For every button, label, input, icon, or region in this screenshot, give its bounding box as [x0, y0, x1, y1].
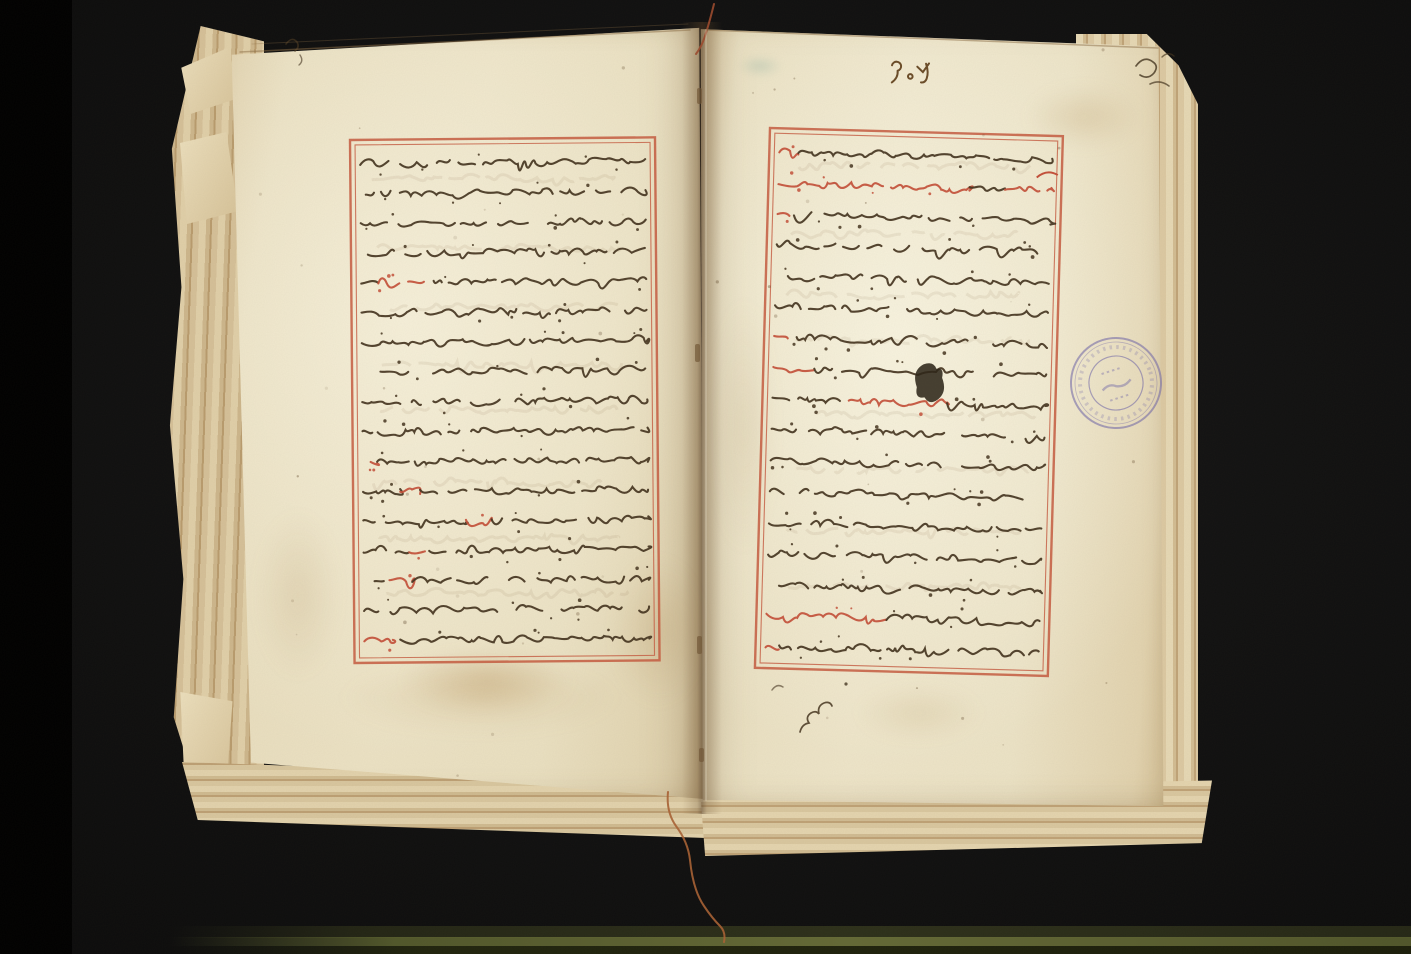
foxing-stain — [1026, 86, 1142, 148]
foxing-stain — [856, 686, 982, 740]
manuscript-photograph — [0, 0, 1411, 954]
foxing-stain — [256, 510, 340, 680]
foxing-stain — [612, 556, 704, 706]
bottom-light-band-bright — [0, 937, 1411, 946]
ink-tint-stain — [738, 56, 782, 76]
margin-ink-mark — [286, 39, 298, 51]
bottom-light-band-dark — [0, 946, 1411, 954]
foxing-stain — [402, 650, 572, 712]
film-strip-edge — [0, 0, 72, 954]
foxing-stain — [712, 296, 776, 556]
